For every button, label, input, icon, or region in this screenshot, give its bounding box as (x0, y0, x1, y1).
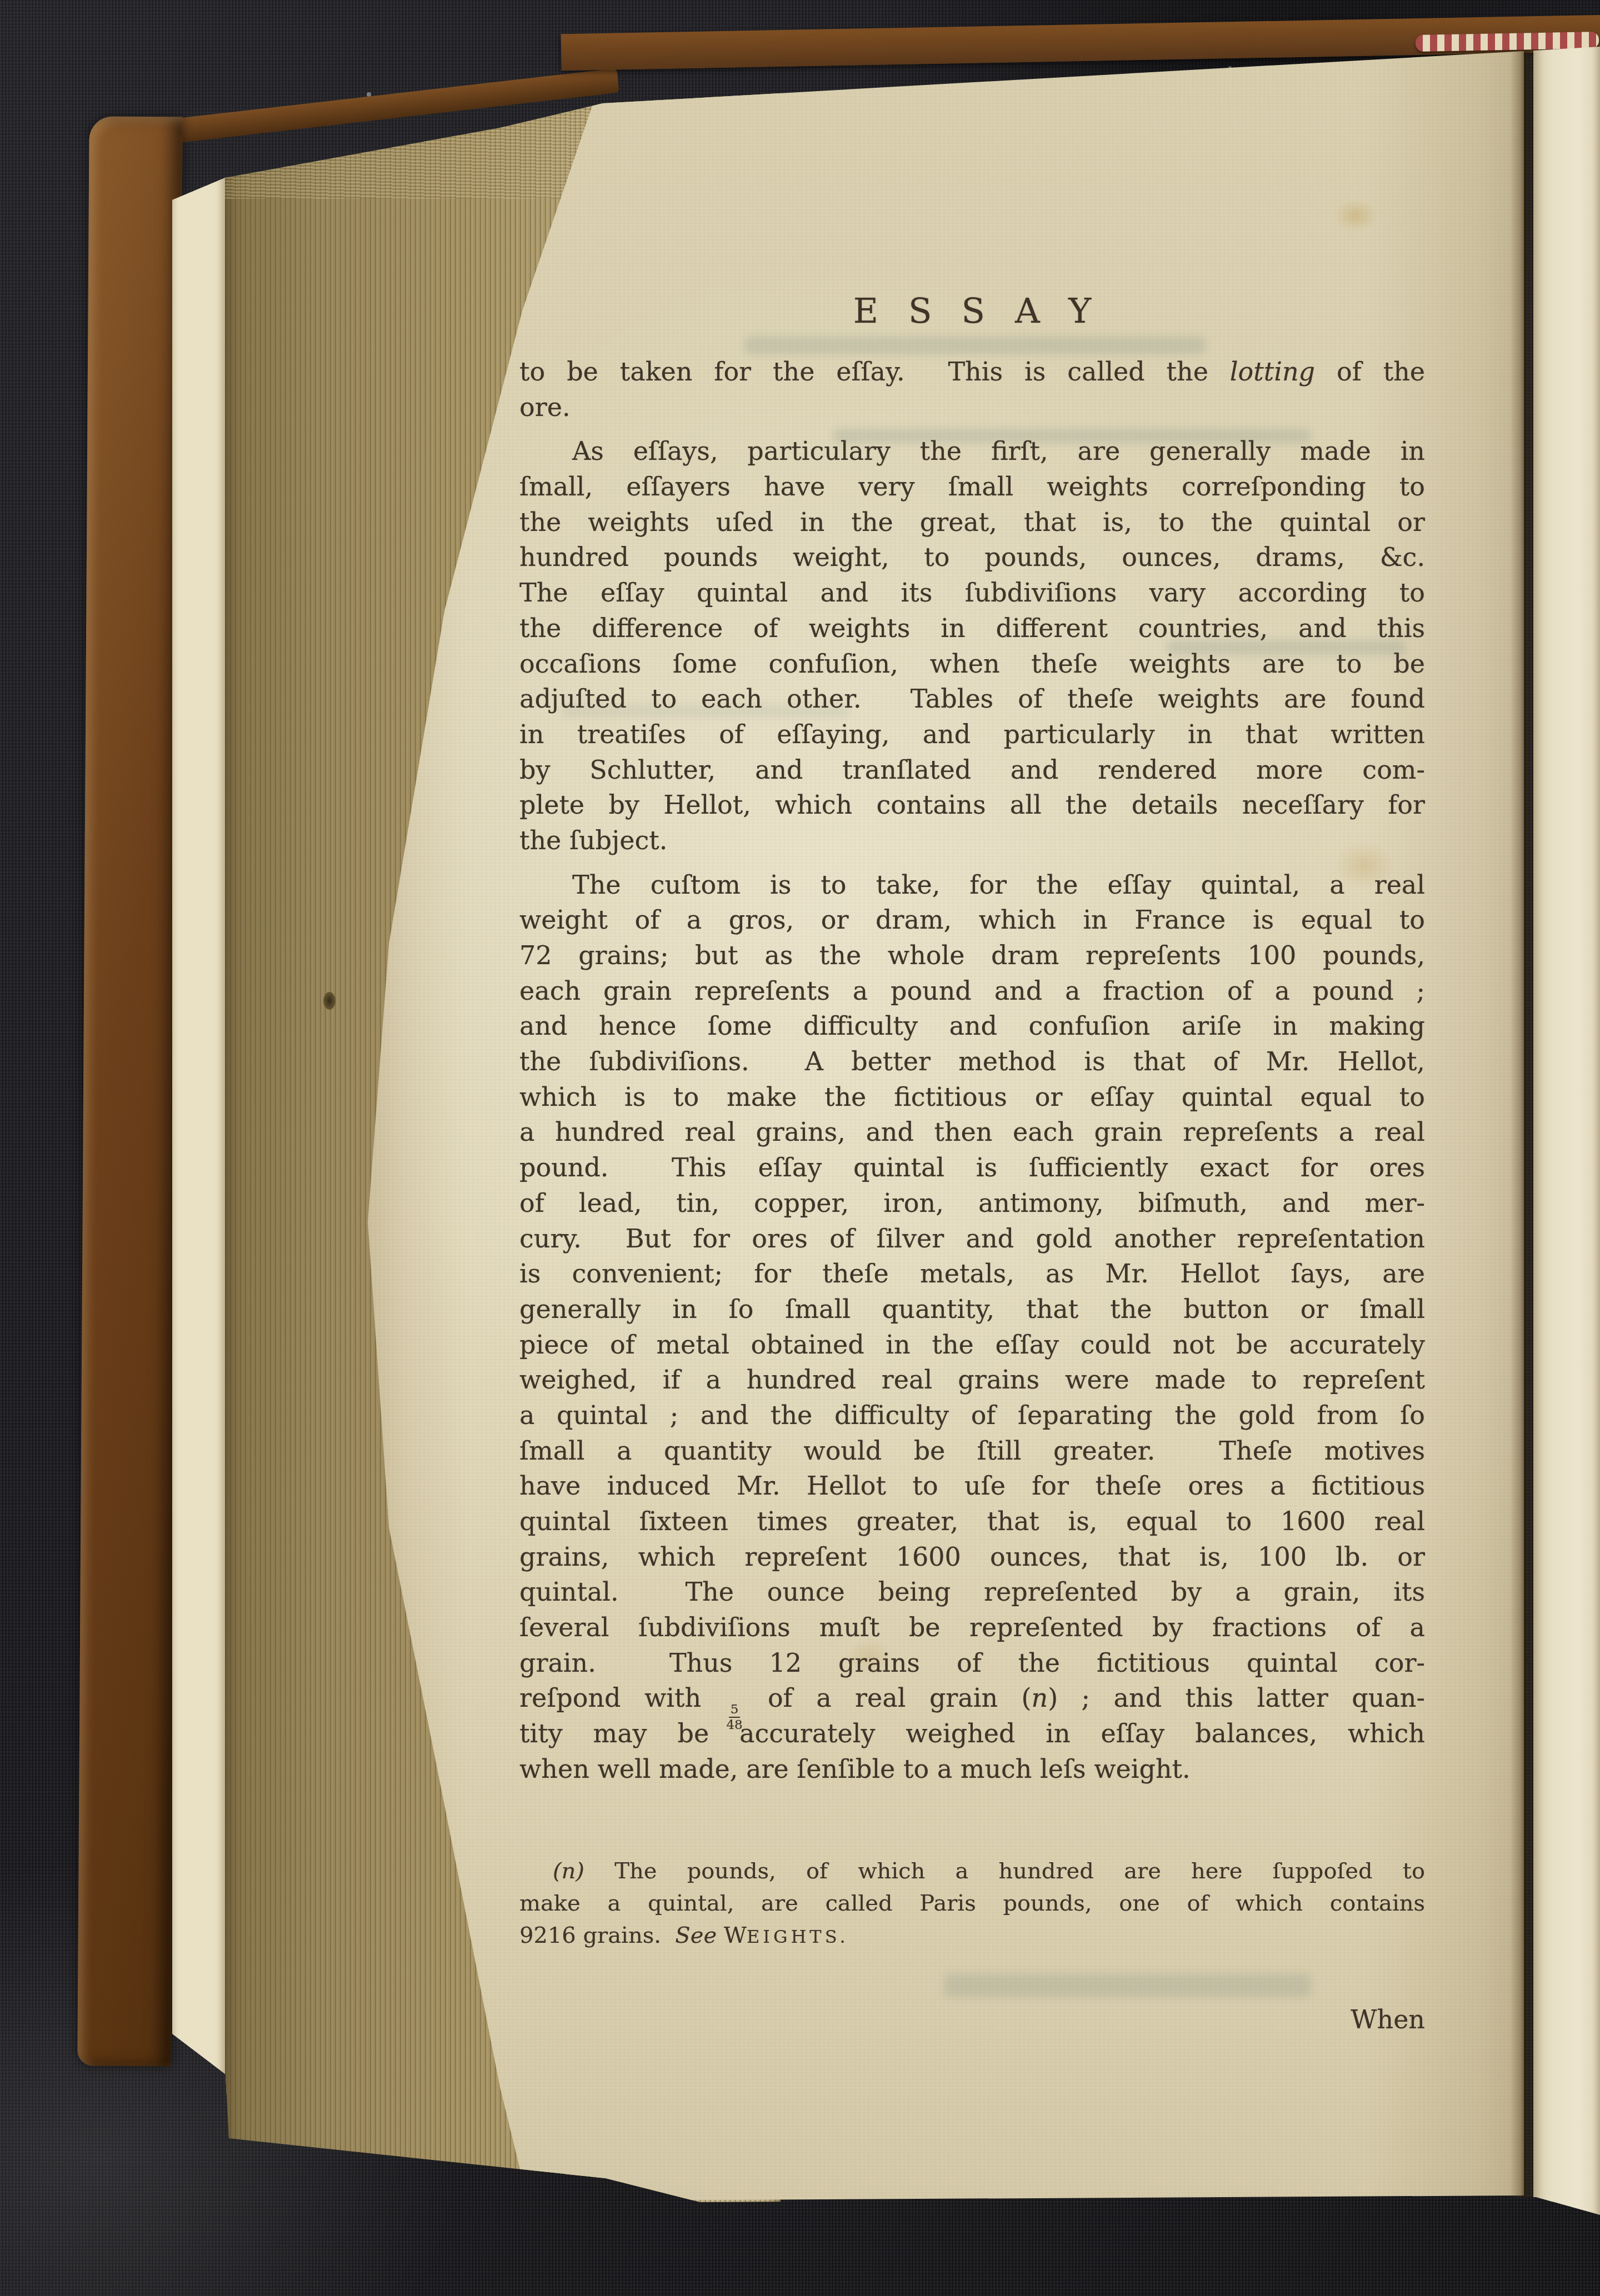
text-line: a hundred real grains, and then each gra… (519, 1115, 1425, 1150)
page-header: ESSAY (519, 293, 1425, 329)
text-line: plete by Hellot, which contains all the … (519, 788, 1425, 823)
paper-stain (1333, 199, 1378, 232)
leather-cover-edge (77, 117, 182, 2067)
text-line: the weights uſed in the great, that is, … (519, 505, 1425, 540)
text-line: As eſſays, particulary the firſt, are ge… (519, 434, 1425, 469)
show-through-smudge (944, 1974, 1311, 1997)
catchword: When (519, 2003, 1425, 2036)
wormhole-spot (323, 992, 336, 1010)
text-line: The eſſay quintal and its ſubdiviſions v… (519, 575, 1425, 611)
footnote-line: make a quintal, are called Paris pounds,… (519, 1887, 1425, 1919)
text-line: The cuſtom is to take, for the eſſay qui… (519, 868, 1425, 903)
book-leaves: ESSAY to be taken for the eſſay. This is… (172, 32, 1600, 2223)
facing-page-sliver (1533, 32, 1600, 2223)
text-line: occaſions ſome confuſion, when theſe wei… (519, 646, 1425, 682)
text-line: adjuſted to each other. Tables of theſe … (519, 681, 1425, 717)
text-line: pound. This eſſay quintal is ſufficientl… (519, 1150, 1425, 1186)
text-line: in treatiſes of eſſaying, and particular… (519, 717, 1425, 753)
text-line: the difference of weights in different c… (519, 611, 1425, 646)
text-line: cury. But for ores of ſilver and gold an… (519, 1221, 1425, 1257)
text-line: ſeveral ſubdiviſions muſt be repreſented… (519, 1610, 1425, 1646)
text-line: grain. Thus 12 grains of the fictitious … (519, 1646, 1425, 1681)
text-line: grains, which repreſent 1600 ounces, tha… (519, 1540, 1425, 1575)
text-line: ſmall a quantity would be ſtill greater.… (519, 1433, 1425, 1469)
text-line: reſpond with 548 of a real grain (n) ; a… (519, 1681, 1425, 1716)
text-line: ore. (519, 390, 1425, 425)
text-line: quintal. The ounce being repreſented by … (519, 1575, 1425, 1610)
text-line: ſmall, eſſayers have very ſmall weights … (519, 469, 1425, 505)
flyleaf-edge (172, 32, 227, 2223)
text-line: 72 grains; but as the whole dram repreſe… (519, 938, 1425, 974)
photographed-book-page: { "theme":{ "colors":{ "bg":"#1a1a1e","l… (0, 0, 1600, 2296)
text-line: is convenient; for theſe metals, as Mr. … (519, 1256, 1425, 1292)
text-line: when well made, are ſenſible to a much l… (519, 1752, 1425, 1787)
text-line: a quintal ; and the difficulty of ſepara… (519, 1398, 1425, 1433)
text-line: and hence ſome difficulty and confuſion … (519, 1009, 1425, 1044)
text-line: weighed, if a hundred real grains were m… (519, 1362, 1425, 1398)
body-text: to be taken for the eſſay. This is calle… (519, 354, 1425, 1787)
text-line: tity may be accurately weighed in eſſay … (519, 1716, 1425, 1752)
text-line: quintal ſixteen times greater, that is, … (519, 1504, 1425, 1540)
dust-specks (0, 0, 2, 2)
footnote-line: (n) The pounds, of which a hundred are h… (519, 1855, 1425, 1887)
text-line: generally in ſo ſmall quantity, that the… (519, 1292, 1425, 1327)
text-line: by Schlutter, and tranſlated and rendere… (519, 753, 1425, 788)
text-line: weight of a gros, or dram, which in Fran… (519, 903, 1425, 938)
text-line: to be taken for the eſſay. This is calle… (519, 354, 1425, 390)
text-line: the ſubdiviſions. A better method is tha… (519, 1044, 1425, 1080)
text-line: piece of metal obtained in the eſſay cou… (519, 1327, 1425, 1363)
footnote: (n) The pounds, of which a hundred are h… (519, 1855, 1425, 1952)
text-line: of lead, tin, copper, iron, antimony, bi… (519, 1186, 1425, 1221)
text-block: ESSAY to be taken for the eſſay. This is… (519, 293, 1425, 1787)
text-line: each grain repreſents a pound and a frac… (519, 974, 1425, 1009)
footnote-line: 9216 grains. See WEIGHTS. (519, 1919, 1425, 1952)
text-line: have induced Mr. Hellot to uſe for theſe… (519, 1468, 1425, 1504)
text-line: the ſubject. (519, 823, 1425, 859)
text-line: which is to make the fictitious or eſſay… (519, 1080, 1425, 1115)
text-line: hundred pounds weight, to pounds, ounces… (519, 540, 1425, 575)
